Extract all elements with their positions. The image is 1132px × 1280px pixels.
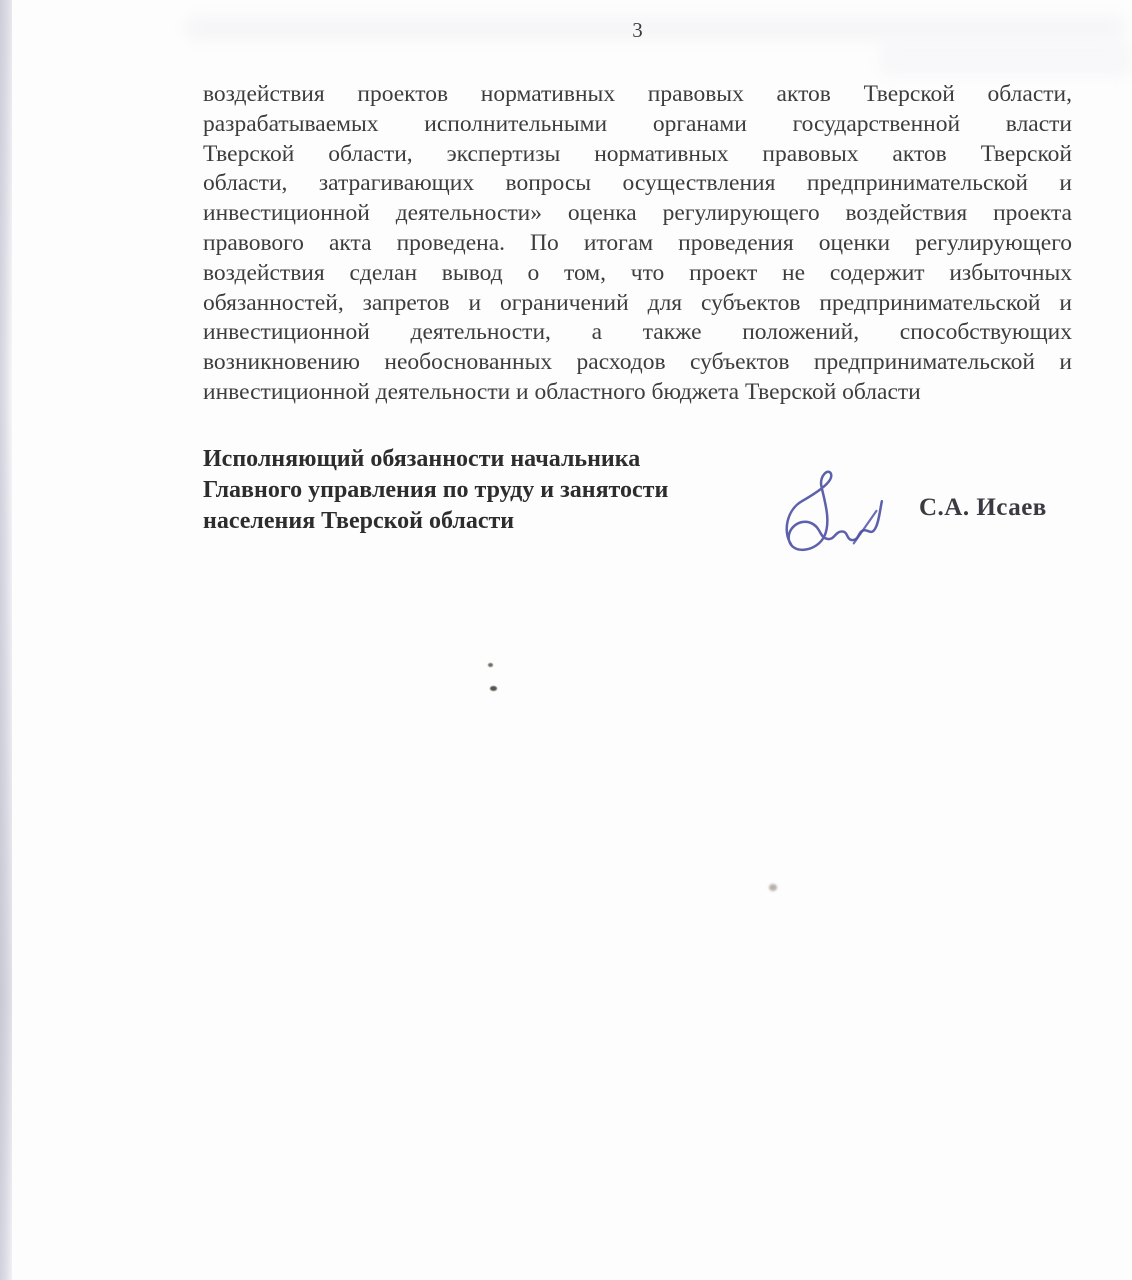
page-number: 3	[203, 18, 1072, 43]
paragraph-line: Тверской области, экспертизы нормативных…	[203, 140, 1072, 170]
body-paragraph: воздействия проектов нормативных правовы…	[203, 80, 1072, 408]
paragraph-line: инвестиционной деятельности» оценка регу…	[203, 199, 1072, 229]
paragraph-line: возникновению необоснованных расходов су…	[203, 348, 1072, 378]
scan-shading	[880, 42, 1132, 76]
signature-block: Исполняющий обязанности начальника Главн…	[203, 444, 1072, 537]
signature-title-line: Исполняющий обязанности начальника	[203, 444, 1072, 475]
scan-speck	[488, 663, 493, 667]
paragraph-line: разрабатываемых исполнительными органами…	[203, 110, 1072, 140]
signee-name: С.А. Исаев	[919, 494, 1047, 522]
scan-speck	[769, 884, 777, 891]
paragraph-line: инвестиционной деятельности, а также пол…	[203, 318, 1072, 348]
document-page: 3 воздействия проектов нормативных право…	[0, 0, 1132, 1280]
scan-edge-strip	[0, 0, 12, 1280]
paragraph-line: воздействия сделан вывод о том, что прое…	[203, 259, 1072, 289]
paragraph-line: обязанностей, запретов и ограничений для…	[203, 289, 1072, 319]
scan-speck	[490, 686, 497, 691]
handwritten-signature-icon	[776, 462, 884, 562]
paragraph-line: инвестиционной деятельности и областного…	[203, 378, 1072, 408]
paragraph-line: области, затрагивающих вопросы осуществл…	[203, 169, 1072, 199]
signature-title: Исполняющий обязанности начальника Главн…	[203, 444, 1072, 537]
paragraph-line: правового акта проведена. По итогам пров…	[203, 229, 1072, 259]
paragraph-line: воздействия проектов нормативных правовы…	[203, 80, 1072, 110]
